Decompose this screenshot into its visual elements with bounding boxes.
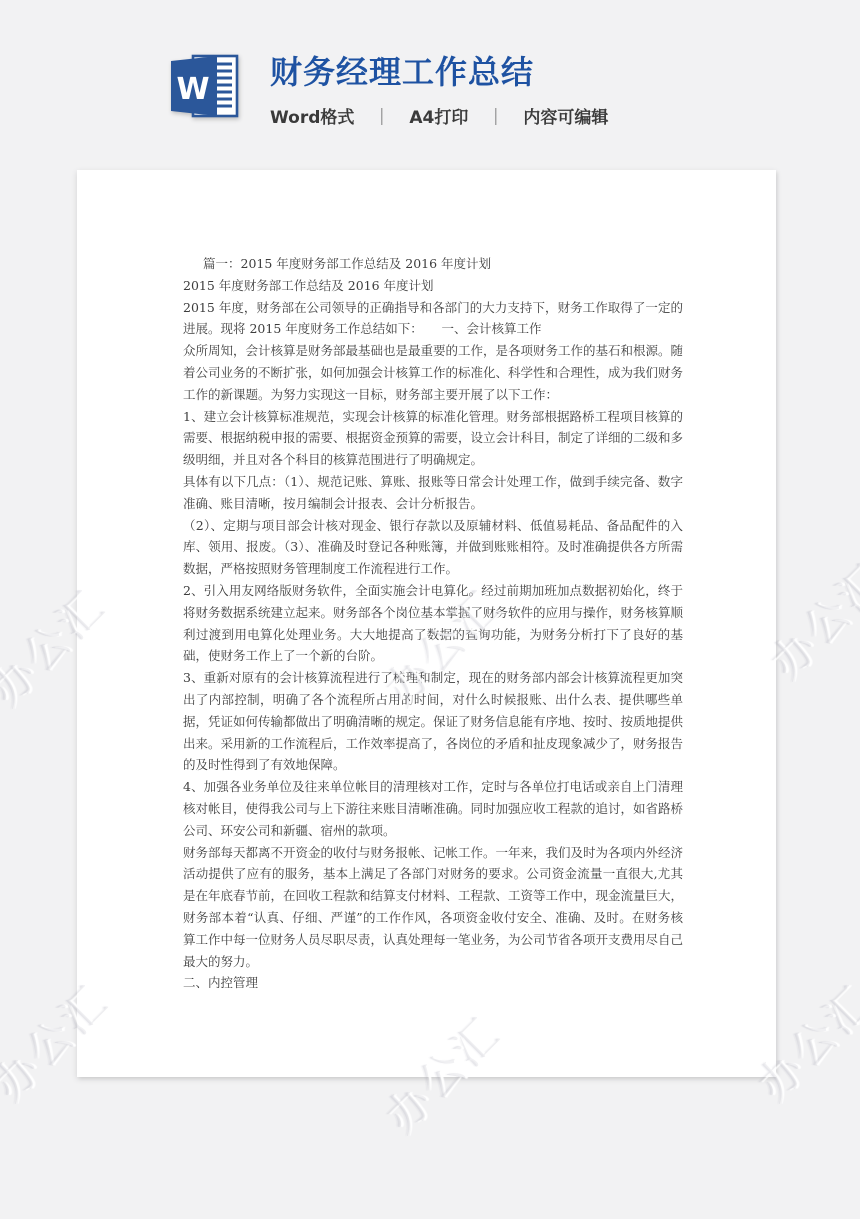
header-text: 财务经理工作总结 Word格式 ｜ A4打印 ｜ 内容可编辑 [270, 54, 608, 128]
document-content: 篇一：2015 年度财务部工作总结及 2016 年度计划 2015 年度财务部工… [77, 170, 776, 994]
document-page: 篇一：2015 年度财务部工作总结及 2016 年度计划 2015 年度财务部工… [77, 170, 776, 1077]
paragraph-7: （2）、定期与项目部会计核对现金、银行存款以及原辅材料、低值易耗品、备品配件的入… [183, 515, 683, 580]
header: W 财务经理工作总结 Word格式 ｜ A4打印 ｜ 内容可编辑 [166, 54, 608, 128]
paragraph-3: 2015 年度，财务部在公司领导的正确指导和各部门的大力支持下，财务工作取得了一… [183, 297, 683, 341]
paragraph-4: 众所周知，会计核算是财务部最基础也是最重要的工作，是各项财务工作的基石和根源。随… [183, 340, 683, 405]
paragraph-12: 二、内控管理 [183, 972, 683, 994]
paragraph-5: 1、建立会计核算标准规范，实现会计核算的标准化管理。财务部根据路桥工程项目核算的… [183, 406, 683, 471]
a4-print-label: A4打印 [409, 103, 468, 128]
paragraph-2: 2015 年度财务部工作总结及 2016 年度计划 [183, 275, 683, 297]
paragraph-6: 具体有以下几点：（1）、规范记账、算账、报账等日常会计处理工作，做到手续完备、数… [183, 471, 683, 515]
editable-label: 内容可编辑 [523, 103, 608, 128]
paragraph-11: 财务部每天都离不开资金的收付与财务报帐、记帐工作。一年来，我们及时为各项内外经济… [183, 842, 683, 973]
separator-icon: ｜ [487, 103, 504, 128]
paragraph-9: 3、重新对原有的会计核算流程进行了梳理和制定，现在的财务部内部会计核算流程更加突… [183, 667, 683, 776]
paragraph-1: 篇一：2015 年度财务部工作总结及 2016 年度计划 [183, 253, 683, 275]
subtitle: Word格式 ｜ A4打印 ｜ 内容可编辑 [270, 103, 608, 128]
word-icon-letter: W [176, 72, 209, 107]
word-icon: W [166, 54, 244, 118]
page-title: 财务经理工作总结 [270, 54, 608, 90]
separator-icon: ｜ [373, 103, 390, 128]
paragraph-8: 2、引入用友网络版财务软件，全面实施会计电算化。经过前期加班加点数据初始化，终于… [183, 580, 683, 667]
word-icon-page-lines [217, 64, 232, 106]
word-format-label: Word格式 [270, 103, 354, 128]
paragraph-10: 4、加强各业务单位及往来单位帐目的清理核对工作，定时与各单位打电话或亲自上门清理… [183, 776, 683, 841]
